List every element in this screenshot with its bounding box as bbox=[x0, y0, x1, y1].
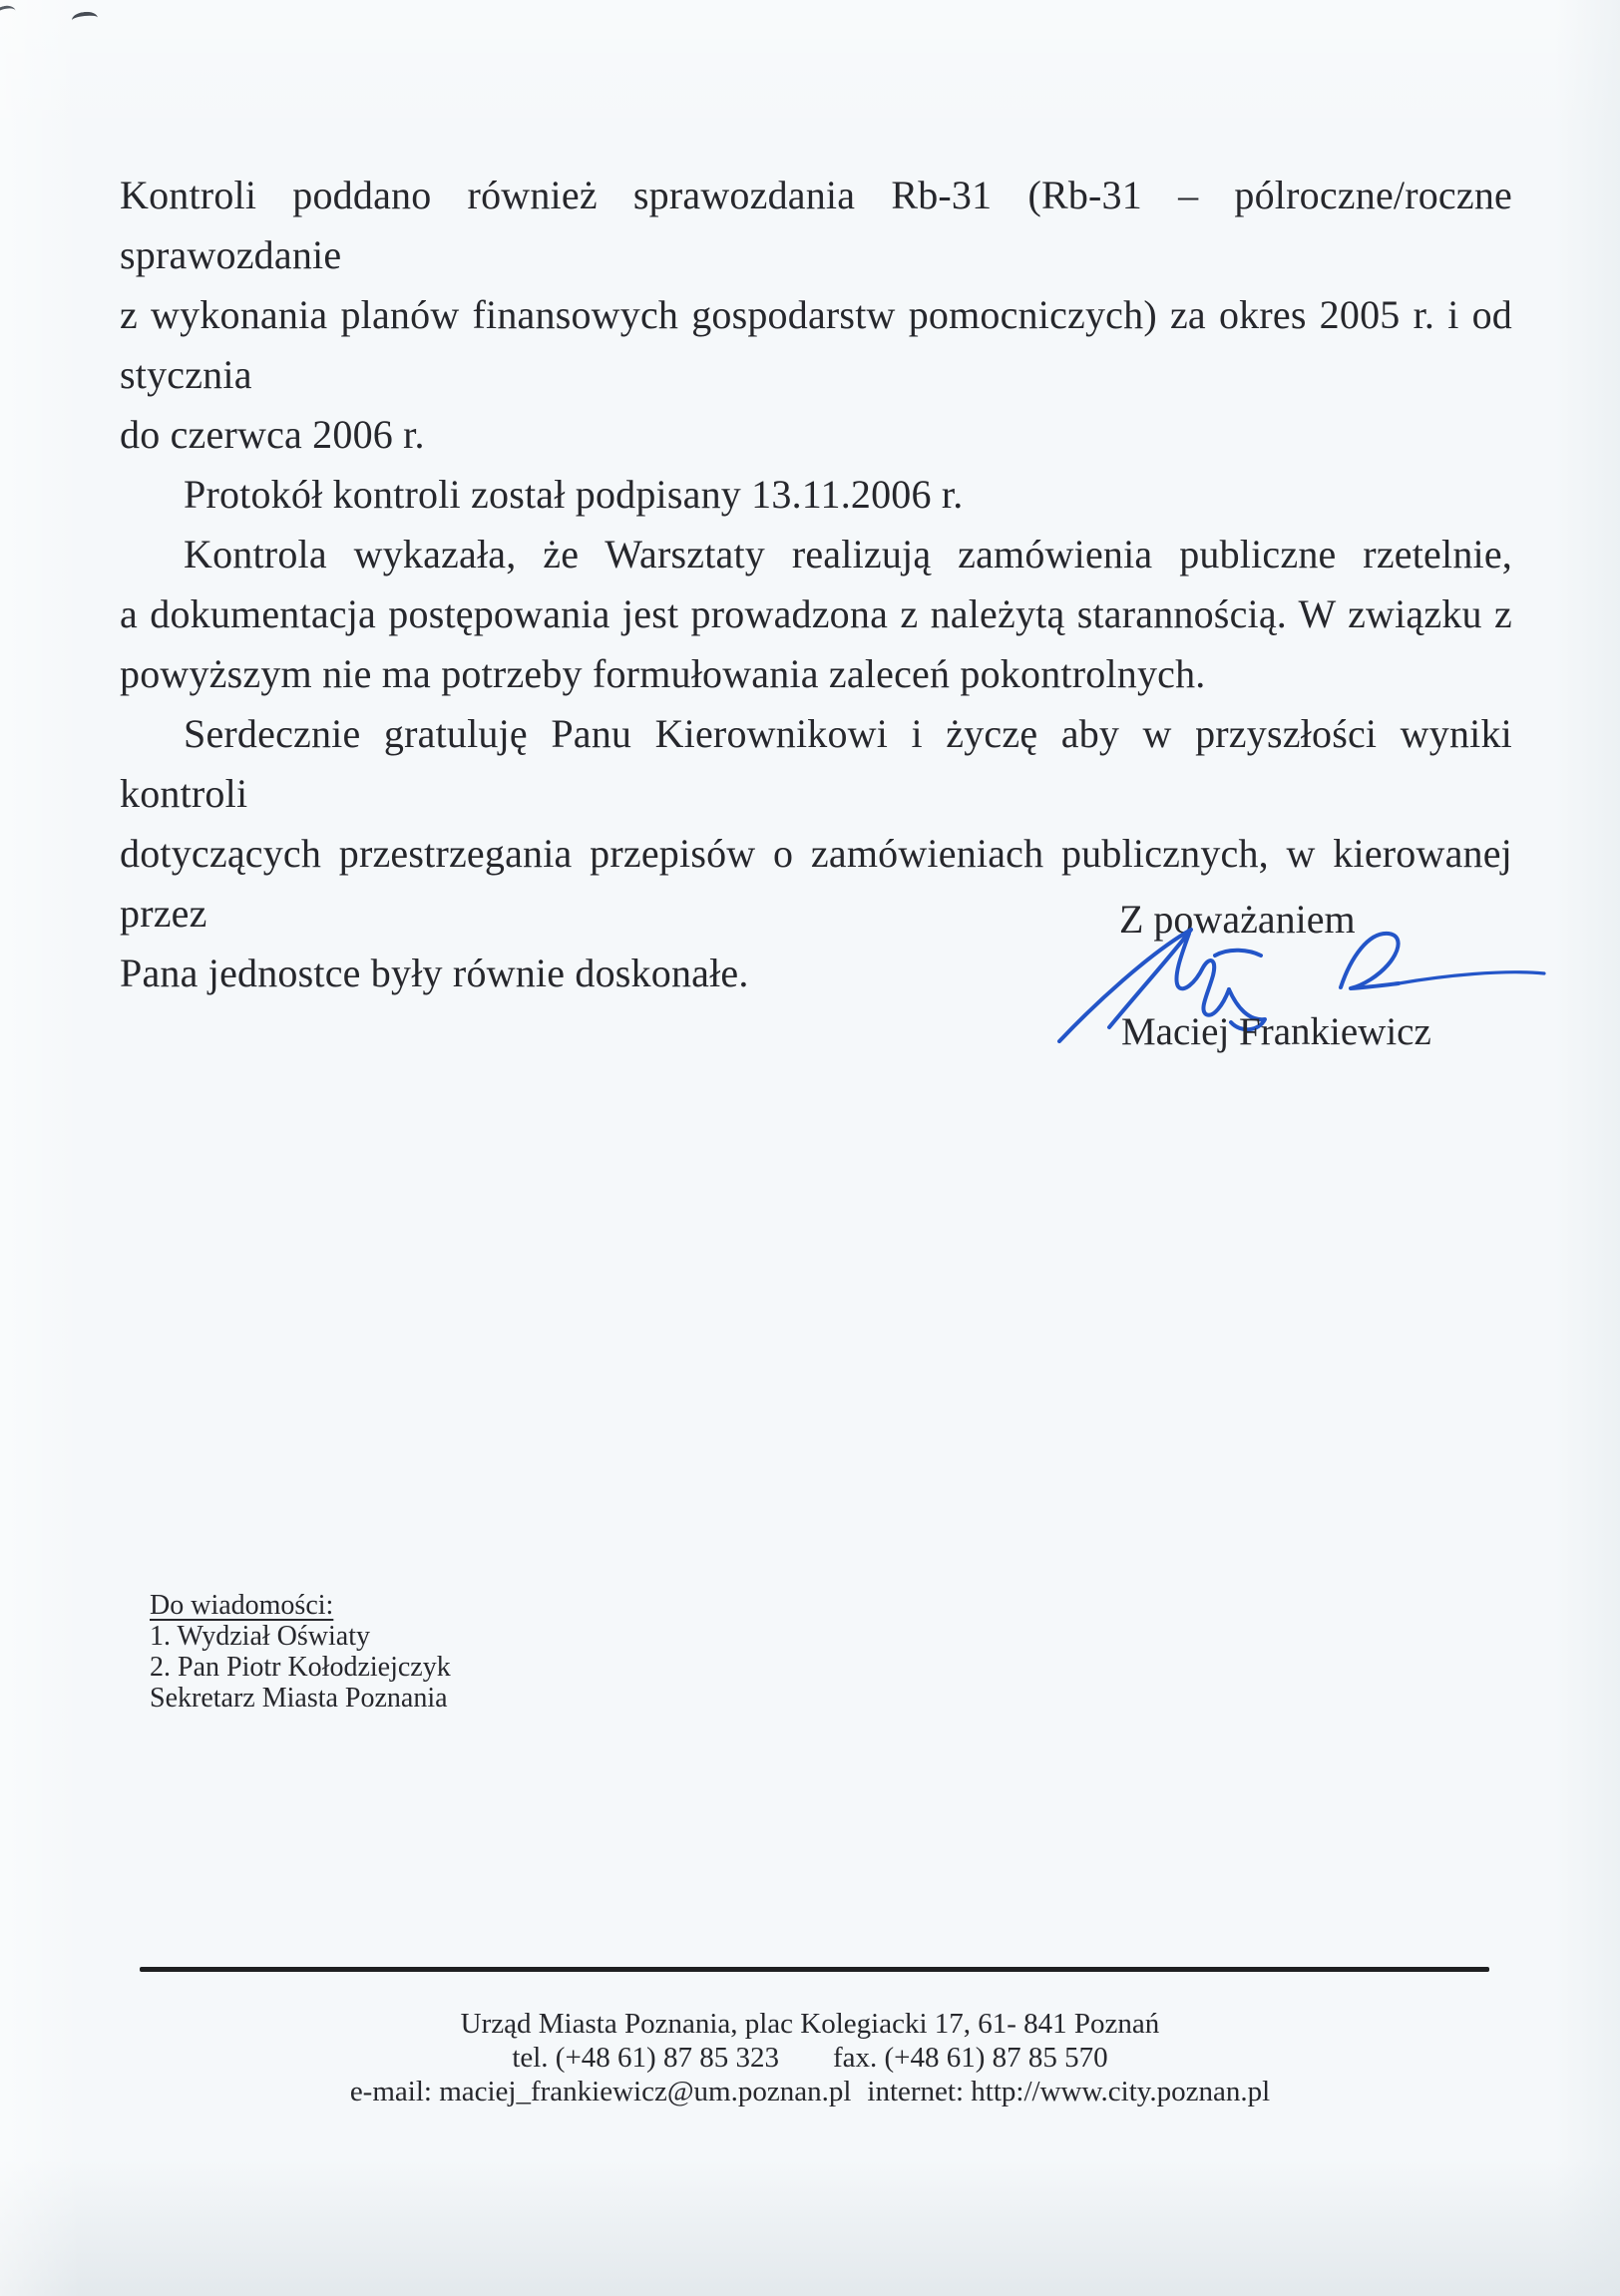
pen-mark-icon bbox=[0, 4, 17, 24]
body-line: Serdecznie gratuluję Panu Kierownikowi i… bbox=[120, 704, 1512, 824]
footer-fax: fax. (+48 61) 87 85 570 bbox=[833, 2042, 1108, 2074]
letter-body: Kontroli poddano również sprawozdania Rb… bbox=[120, 166, 1512, 1003]
body-line: Kontrola wykazała, że Warsztaty realizuj… bbox=[120, 525, 1512, 584]
footer-internet: internet: http://www.city.poznan.pl bbox=[867, 2076, 1270, 2107]
body-line: z wykonania planów finansowych gospodars… bbox=[120, 285, 1512, 405]
cc-heading: Do wiadomości: bbox=[150, 1590, 451, 1621]
body-line: Protokół kontroli został podpisany 13.11… bbox=[120, 465, 1512, 525]
footer-address: Urząd Miasta Poznania, plac Kolegiacki 1… bbox=[100, 2007, 1520, 2041]
body-line: a dokumentacja postępowania jest prowadz… bbox=[120, 584, 1512, 644]
body-line: powyższym nie ma potrzeby formułowania z… bbox=[120, 644, 1512, 704]
footer: Urząd Miasta Poznania, plac Kolegiacki 1… bbox=[100, 2007, 1520, 2108]
footer-phone-line: tel. (+48 61) 87 85 323fax. (+48 61) 87 … bbox=[100, 2041, 1520, 2075]
footer-tel: tel. (+48 61) 87 85 323 bbox=[512, 2042, 779, 2074]
cc-item: 2. Pan Piotr Kołodziejczyk bbox=[150, 1652, 451, 1683]
cc-item: 1. Wydział Oświaty bbox=[150, 1621, 451, 1652]
body-line: Kontroli poddano również sprawozdania Rb… bbox=[120, 166, 1512, 285]
footer-email: e-mail: maciej_frankiewicz@um.poznan.pl bbox=[350, 2076, 852, 2107]
pen-mark-icon bbox=[71, 11, 98, 28]
cc-item: Sekretarz Miasta Poznania bbox=[150, 1683, 451, 1714]
scanned-letter-page: Kontroli poddano również sprawozdania Rb… bbox=[0, 0, 1620, 2296]
footer-divider bbox=[140, 1967, 1489, 1972]
signer-name: Maciej Frankiewicz bbox=[1121, 1009, 1431, 1054]
body-line: do czerwca 2006 r. bbox=[120, 405, 1512, 465]
cc-block: Do wiadomości: 1. Wydział Oświaty 2. Pan… bbox=[150, 1590, 451, 1714]
footer-web-line: e-mail: maciej_frankiewicz@um.poznan.pli… bbox=[100, 2075, 1520, 2108]
